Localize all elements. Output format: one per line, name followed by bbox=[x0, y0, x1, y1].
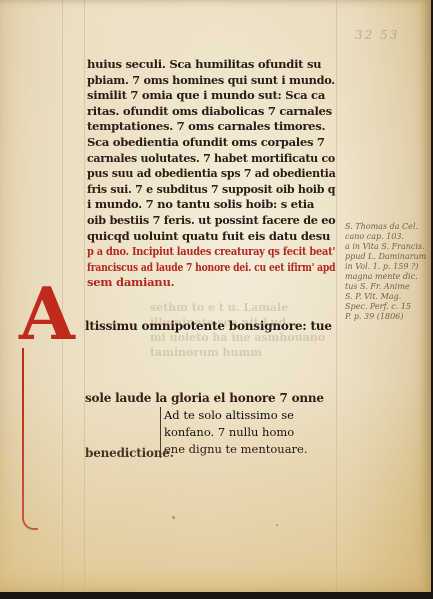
marginal-annotation: S. Thomas da Cel. cano cap. 103. a in Vi… bbox=[345, 222, 431, 322]
ghost-line: sethm to e t u. Lamale bbox=[150, 300, 330, 315]
marginal-line: S. Thomas da Cel. bbox=[345, 222, 431, 232]
ruling-line bbox=[84, 0, 85, 592]
poem-line: ltissimu omnipotente bonsignore: tue bbox=[85, 318, 335, 334]
text-line: quicqd uoluint quatu fuit eis datu desu bbox=[87, 229, 335, 245]
initial-letter: A bbox=[19, 278, 75, 350]
marginal-line: Spec. Perf. c. 15 bbox=[345, 302, 431, 312]
ink-stain bbox=[276, 524, 278, 526]
text-line: fris sui. 7 e subditus 7 supposit oib ho… bbox=[87, 182, 324, 198]
marginal-line: ppud L. Daminarum bbox=[345, 252, 431, 262]
text-line: similit 7 omia que i mundo sut: Sca ca bbox=[87, 88, 335, 104]
text-line: pbiam. 7 oms homines qui sunt i mundo. bbox=[87, 73, 329, 89]
marginal-line: a in Vita S. Francis. bbox=[345, 242, 431, 252]
bracket-line: konfano. 7 nullu homo bbox=[164, 424, 339, 441]
marginal-line: P. p. 39 (1806) bbox=[345, 312, 431, 322]
decorated-initial: A bbox=[14, 278, 74, 538]
poem-line-1: ltissimu omnipotente bonsignore: tue bbox=[85, 318, 335, 334]
ghost-line: taminorum humm bbox=[150, 345, 330, 360]
main-text-block: huius seculi. Sca humilitas ofundit su p… bbox=[87, 57, 335, 291]
folio-number: 32 53 bbox=[355, 28, 399, 42]
manuscript-page: 32 53 huius seculi. Sca humilitas ofundi… bbox=[0, 0, 431, 592]
marginal-line: S. P. Vit. Mag. bbox=[345, 292, 431, 302]
text-line: Sca obedientia ofundit oms corpales 7 bbox=[87, 135, 335, 151]
rubric-line: franciscus ad laude 7 honore dei. cu eet… bbox=[87, 260, 284, 276]
poem-line: benedictione. bbox=[85, 445, 335, 461]
ruling-line bbox=[336, 0, 337, 592]
marginal-line: tus S. Fr. Anime bbox=[345, 282, 431, 292]
text-line: ritas. ofundit oms diabolicas 7 carnales bbox=[87, 104, 335, 120]
text-line: i mundo. 7 no tantu solis hoib: s etia bbox=[87, 197, 335, 213]
bracket-line: Ad te solo altissimo se bbox=[164, 407, 339, 424]
poem-last-line: benedictione. bbox=[85, 445, 335, 461]
poem-line: sole laude la gloria el honore 7 onne bbox=[85, 390, 335, 406]
text-line: pus suu ad obedientia sps 7 ad obedienti… bbox=[87, 166, 324, 182]
rubric-line: sem damianu. bbox=[87, 275, 335, 291]
text-line: huius seculi. Sca humilitas ofundit su bbox=[87, 57, 335, 73]
text-line: temptationes. 7 oms carnales timores. bbox=[87, 119, 335, 135]
marginal-line: cano cap. 103. bbox=[345, 232, 431, 242]
rubric-line: p a dno. Incipiut laudes creaturay qs fe… bbox=[87, 244, 297, 260]
marginal-line: magna mente dic. bbox=[345, 272, 431, 282]
text-line: oib bestiis 7 feris. ut possint facere d… bbox=[87, 213, 328, 229]
marginal-line: in Vol. 1. p. 159 ?) bbox=[345, 262, 431, 272]
initial-flourish bbox=[22, 348, 38, 530]
poem-line-2: sole laude la gloria el honore 7 onne bbox=[85, 390, 335, 406]
ink-stain bbox=[172, 516, 175, 519]
text-line: carnales uolutates. 7 habet mortificatu … bbox=[87, 151, 323, 167]
